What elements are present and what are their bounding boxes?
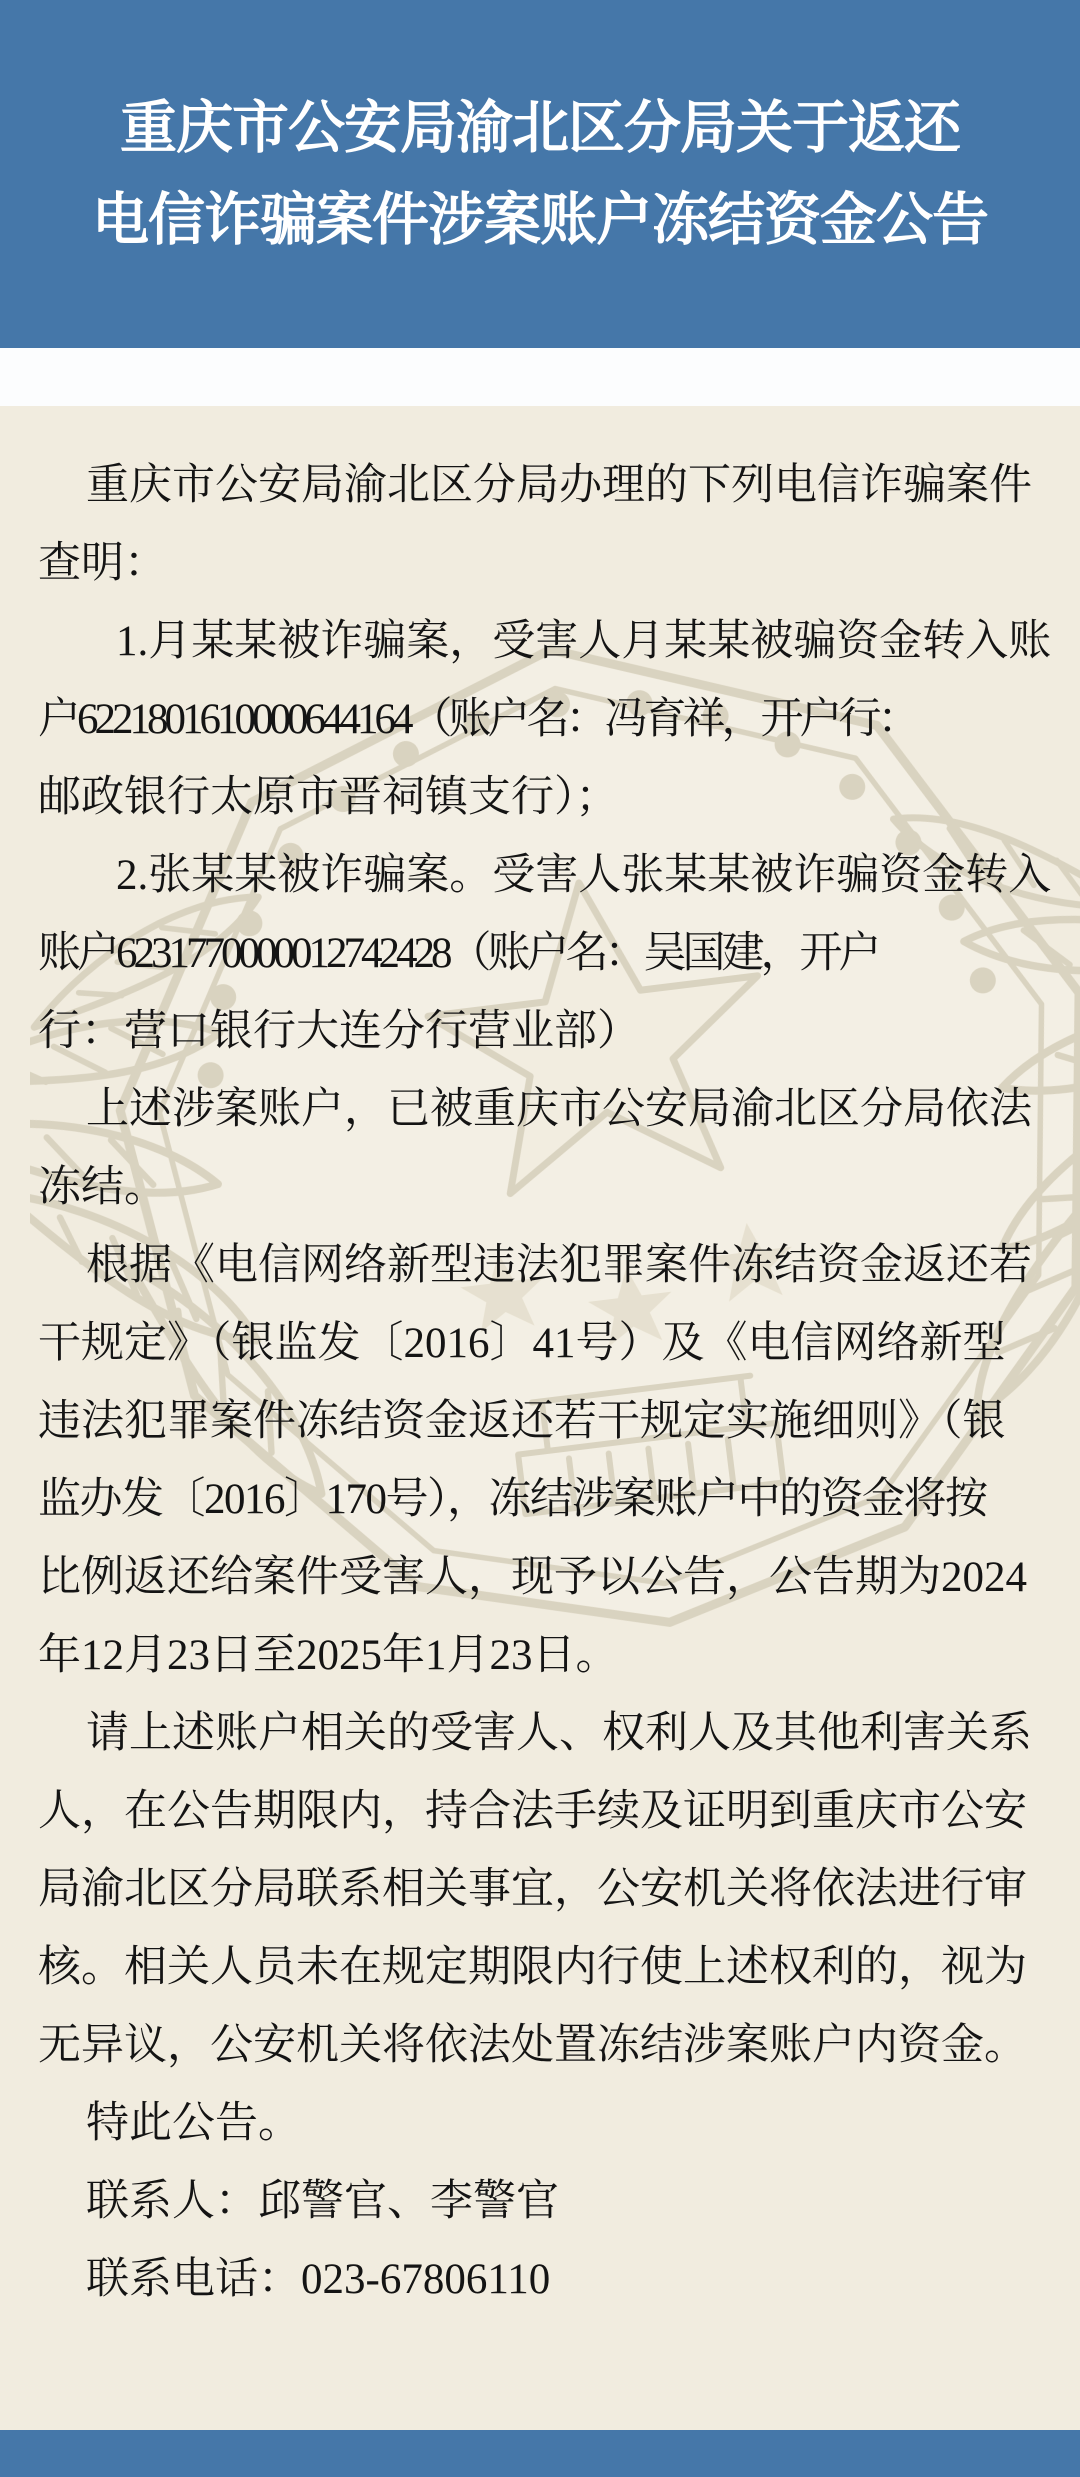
body-text-line: 行：营口银行大连分行营业部） — [38, 993, 1042, 1071]
body-text-line: 核。相关人员未在规定期限内行使上述权利的，视为 — [38, 1929, 1042, 2007]
page-title-line-2: 电信诈骗案件涉案账户冻结资金公告 — [92, 174, 988, 266]
body-text-line: 上述涉案账户，已被重庆市公安局渝北区分局依法 — [38, 1071, 1042, 1149]
body-text-line: 根据《电信网络新型违法犯罪案件冻结资金返还若 — [38, 1227, 1042, 1305]
body-text-line: 无异议，公安机关将依法处置冻结涉案账户内资金。 — [38, 2007, 1042, 2085]
body-text-line: 特此公告。 — [38, 2085, 1042, 2163]
body-text-line: 冻结。 — [38, 1149, 1042, 1227]
footer-bar — [0, 2430, 1080, 2477]
body-text-line: 违法犯罪案件冻结资金返还若干规定实施细则》（银 — [38, 1383, 1042, 1461]
contact-phone-line: 联系电话：023-67806110 — [38, 2241, 1042, 2319]
contact-person-line: 联系人：邱警官、李警官 — [38, 2163, 1042, 2241]
announcement-body: 重庆市公安局渝北区分局办理的下列电信诈骗案件 查明： 1.月某某被诈骗案，受害人… — [0, 406, 1080, 2430]
body-text-line: 重庆市公安局渝北区分局办理的下列电信诈骗案件 — [38, 447, 1042, 525]
announcement-text: 重庆市公安局渝北区分局办理的下列电信诈骗案件 查明： 1.月某某被诈骗案，受害人… — [38, 447, 1042, 2319]
body-text-line: 邮政银行太原市晋祠镇支行）； — [38, 759, 1042, 837]
body-text-line: 干规定》（银监发〔2016〕41号）及《电信网络新型 — [38, 1305, 1042, 1383]
body-text-line-account-1: 户6221801610000644164（账户名：冯育祥，开户行： — [38, 681, 1042, 759]
body-text-line-period: 年12月23日至2025年1月23日。 — [38, 1617, 1042, 1695]
body-text-line: 局渝北区分局联系相关事宜，公安机关将依法进行审 — [38, 1851, 1042, 1929]
body-text-line-account-2: 账户6231770000012742428（账户名：吴国建，开户 — [38, 915, 1042, 993]
page-title-line-1: 重庆市公安局渝北区分局关于返还 — [120, 82, 960, 174]
header-divider — [0, 348, 1080, 406]
body-text-line-case-2: 2.张某某被诈骗案。受害人张某某被诈骗资金转入 — [38, 837, 1042, 915]
body-text-line: 请上述账户相关的受害人、权利人及其他利害关系 — [38, 1695, 1042, 1773]
body-text-line: 人，在公告期限内，持合法手续及证明到重庆市公安 — [38, 1773, 1042, 1851]
announcement-header: 重庆市公安局渝北区分局关于返还 电信诈骗案件涉案账户冻结资金公告 — [0, 0, 1080, 348]
body-text-line: 查明： — [38, 525, 1042, 603]
body-text-line-case-1: 1.月某某被诈骗案，受害人月某某被骗资金转入账 — [38, 603, 1042, 681]
body-text-line: 监办发〔2016〕170号），冻结涉案账户中的资金将按 — [38, 1461, 1042, 1539]
body-text-line: 比例返还给案件受害人，现予以公告，公告期为2024 — [38, 1539, 1042, 1617]
